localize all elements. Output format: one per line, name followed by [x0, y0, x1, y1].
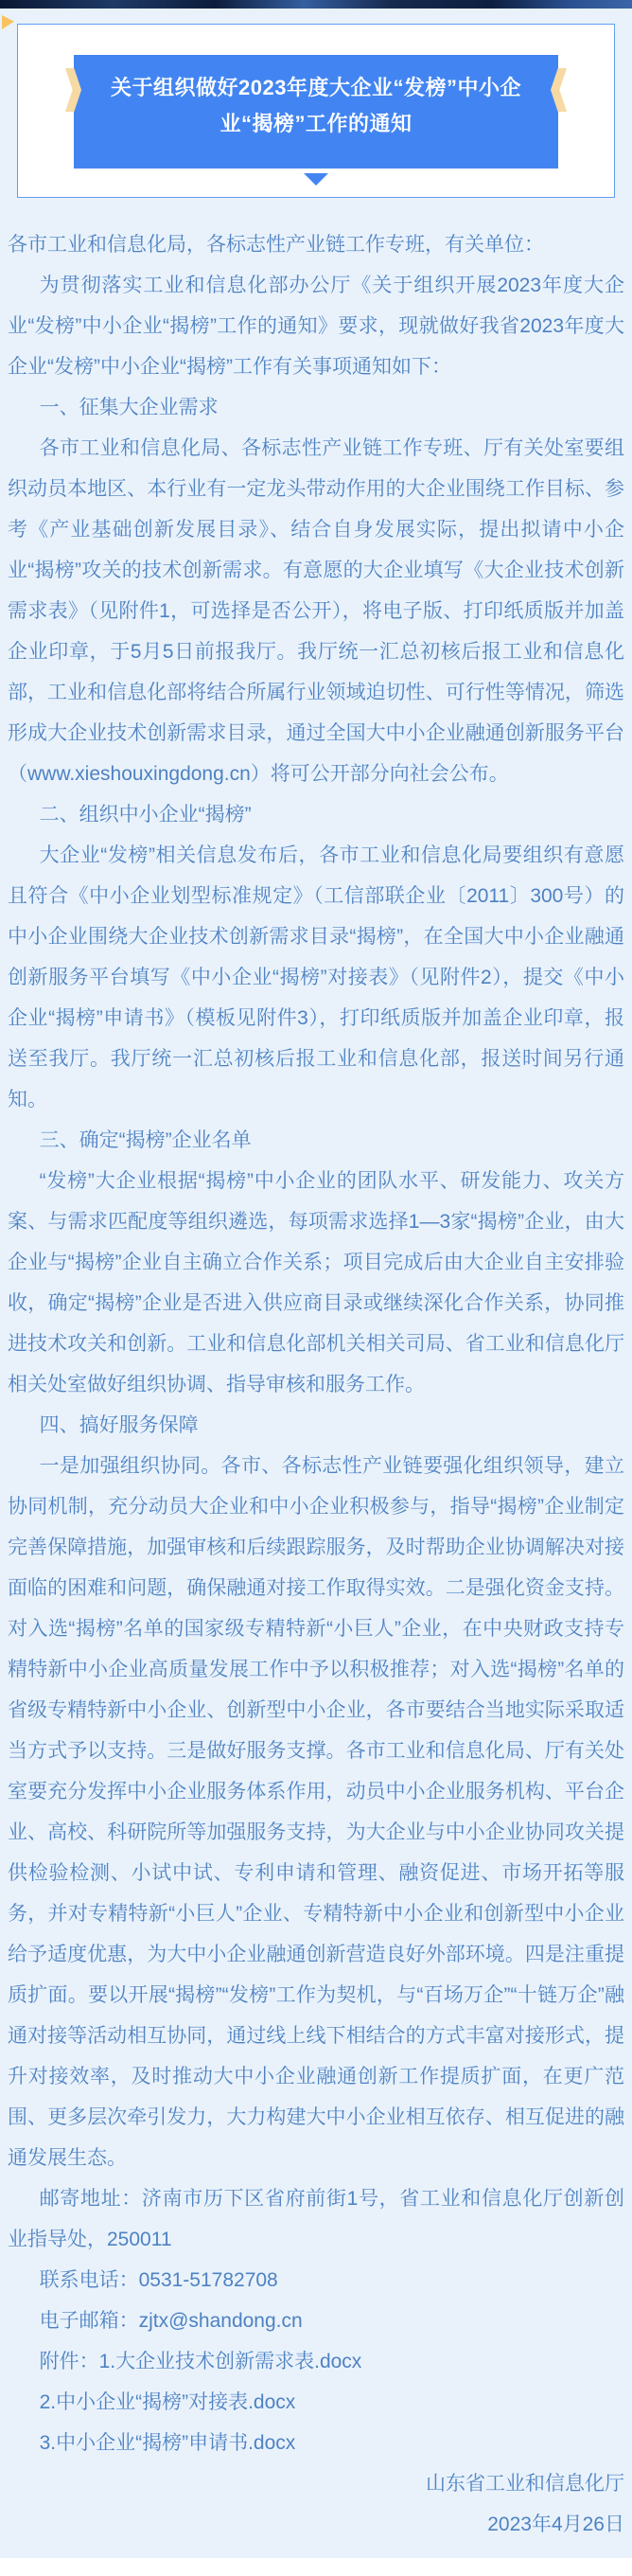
salutation: 各市工业和信息化局，各标志性产业链工作专班，有关单位：: [8, 224, 624, 265]
paragraph: 邮寄地址：济南市历下区省府前街1号，省工业和信息化厅创新创业指导处，250011: [8, 2178, 624, 2260]
signature-line: 山东省工业和信息化厅: [8, 2463, 624, 2504]
section-heading: 三、确定“揭榜”企业名单: [8, 1120, 624, 1161]
section-heading: 四、搞好服务保障: [8, 1405, 624, 1446]
section-heading: 二、组织中小企业“揭榜”: [8, 794, 624, 835]
header-card: 关于组织做好2023年度大企业“发榜”中小企业“揭榜”工作的通知: [17, 24, 615, 198]
signature-line: 2023年4月26日: [8, 2504, 624, 2545]
corner-fold-icon: [2, 15, 14, 29]
paragraph: 为贯彻落实工业和信息化部办公厅《关于组织开展2023年度大企业“发榜”中小企业“…: [8, 265, 624, 387]
notice-page: 关于组织做好2023年度大企业“发榜”中小企业“揭榜”工作的通知 各市工业和信息…: [0, 0, 632, 2576]
paragraph: 各市工业和信息化局、各标志性产业链工作专班、厅有关处室要组织动员本地区、本行业有…: [8, 428, 624, 794]
down-pointer-icon: [304, 173, 328, 186]
paragraph: “发榜”大企业根据“揭榜”中小企业的团队水平、研发能力、攻关方案、与需求匹配度等…: [8, 1161, 624, 1405]
paragraph: 联系电话：0531-51782708: [8, 2260, 624, 2301]
left-ribbon-icon: [65, 68, 81, 112]
paragraph: 一是加强组织协同。各市、各标志性产业链要强化组织领导，建立协同机制，充分动员大企…: [8, 1446, 624, 2178]
title-banner: 关于组织做好2023年度大企业“发榜”中小企业“揭榜”工作的通知: [74, 55, 558, 169]
section-heading: 一、征集大企业需求: [8, 387, 624, 428]
right-ribbon-icon: [551, 68, 567, 112]
notice-body: 各市工业和信息化局，各标志性产业链工作专班，有关单位：为贯彻落实工业和信息化部办…: [0, 198, 632, 2558]
paragraph: 3.中小企业“揭榜”申请书.docx: [8, 2423, 624, 2463]
notice-title: 关于组织做好2023年度大企业“发榜”中小企业“揭榜”工作的通知: [95, 70, 537, 142]
footer-strip: [0, 2558, 632, 2576]
paragraph: 电子邮箱：zjtx@shandong.cn: [8, 2301, 624, 2341]
top-banner-image: [0, 0, 632, 9]
paragraph: 2.中小企业“揭榜”对接表.docx: [8, 2382, 624, 2423]
paragraph: 附件：1.大企业技术创新需求表.docx: [8, 2341, 624, 2382]
paragraph: 大企业“发榜”相关信息发布后，各市工业和信息化局要组织有意愿且符合《中小企业划型…: [8, 835, 624, 1120]
